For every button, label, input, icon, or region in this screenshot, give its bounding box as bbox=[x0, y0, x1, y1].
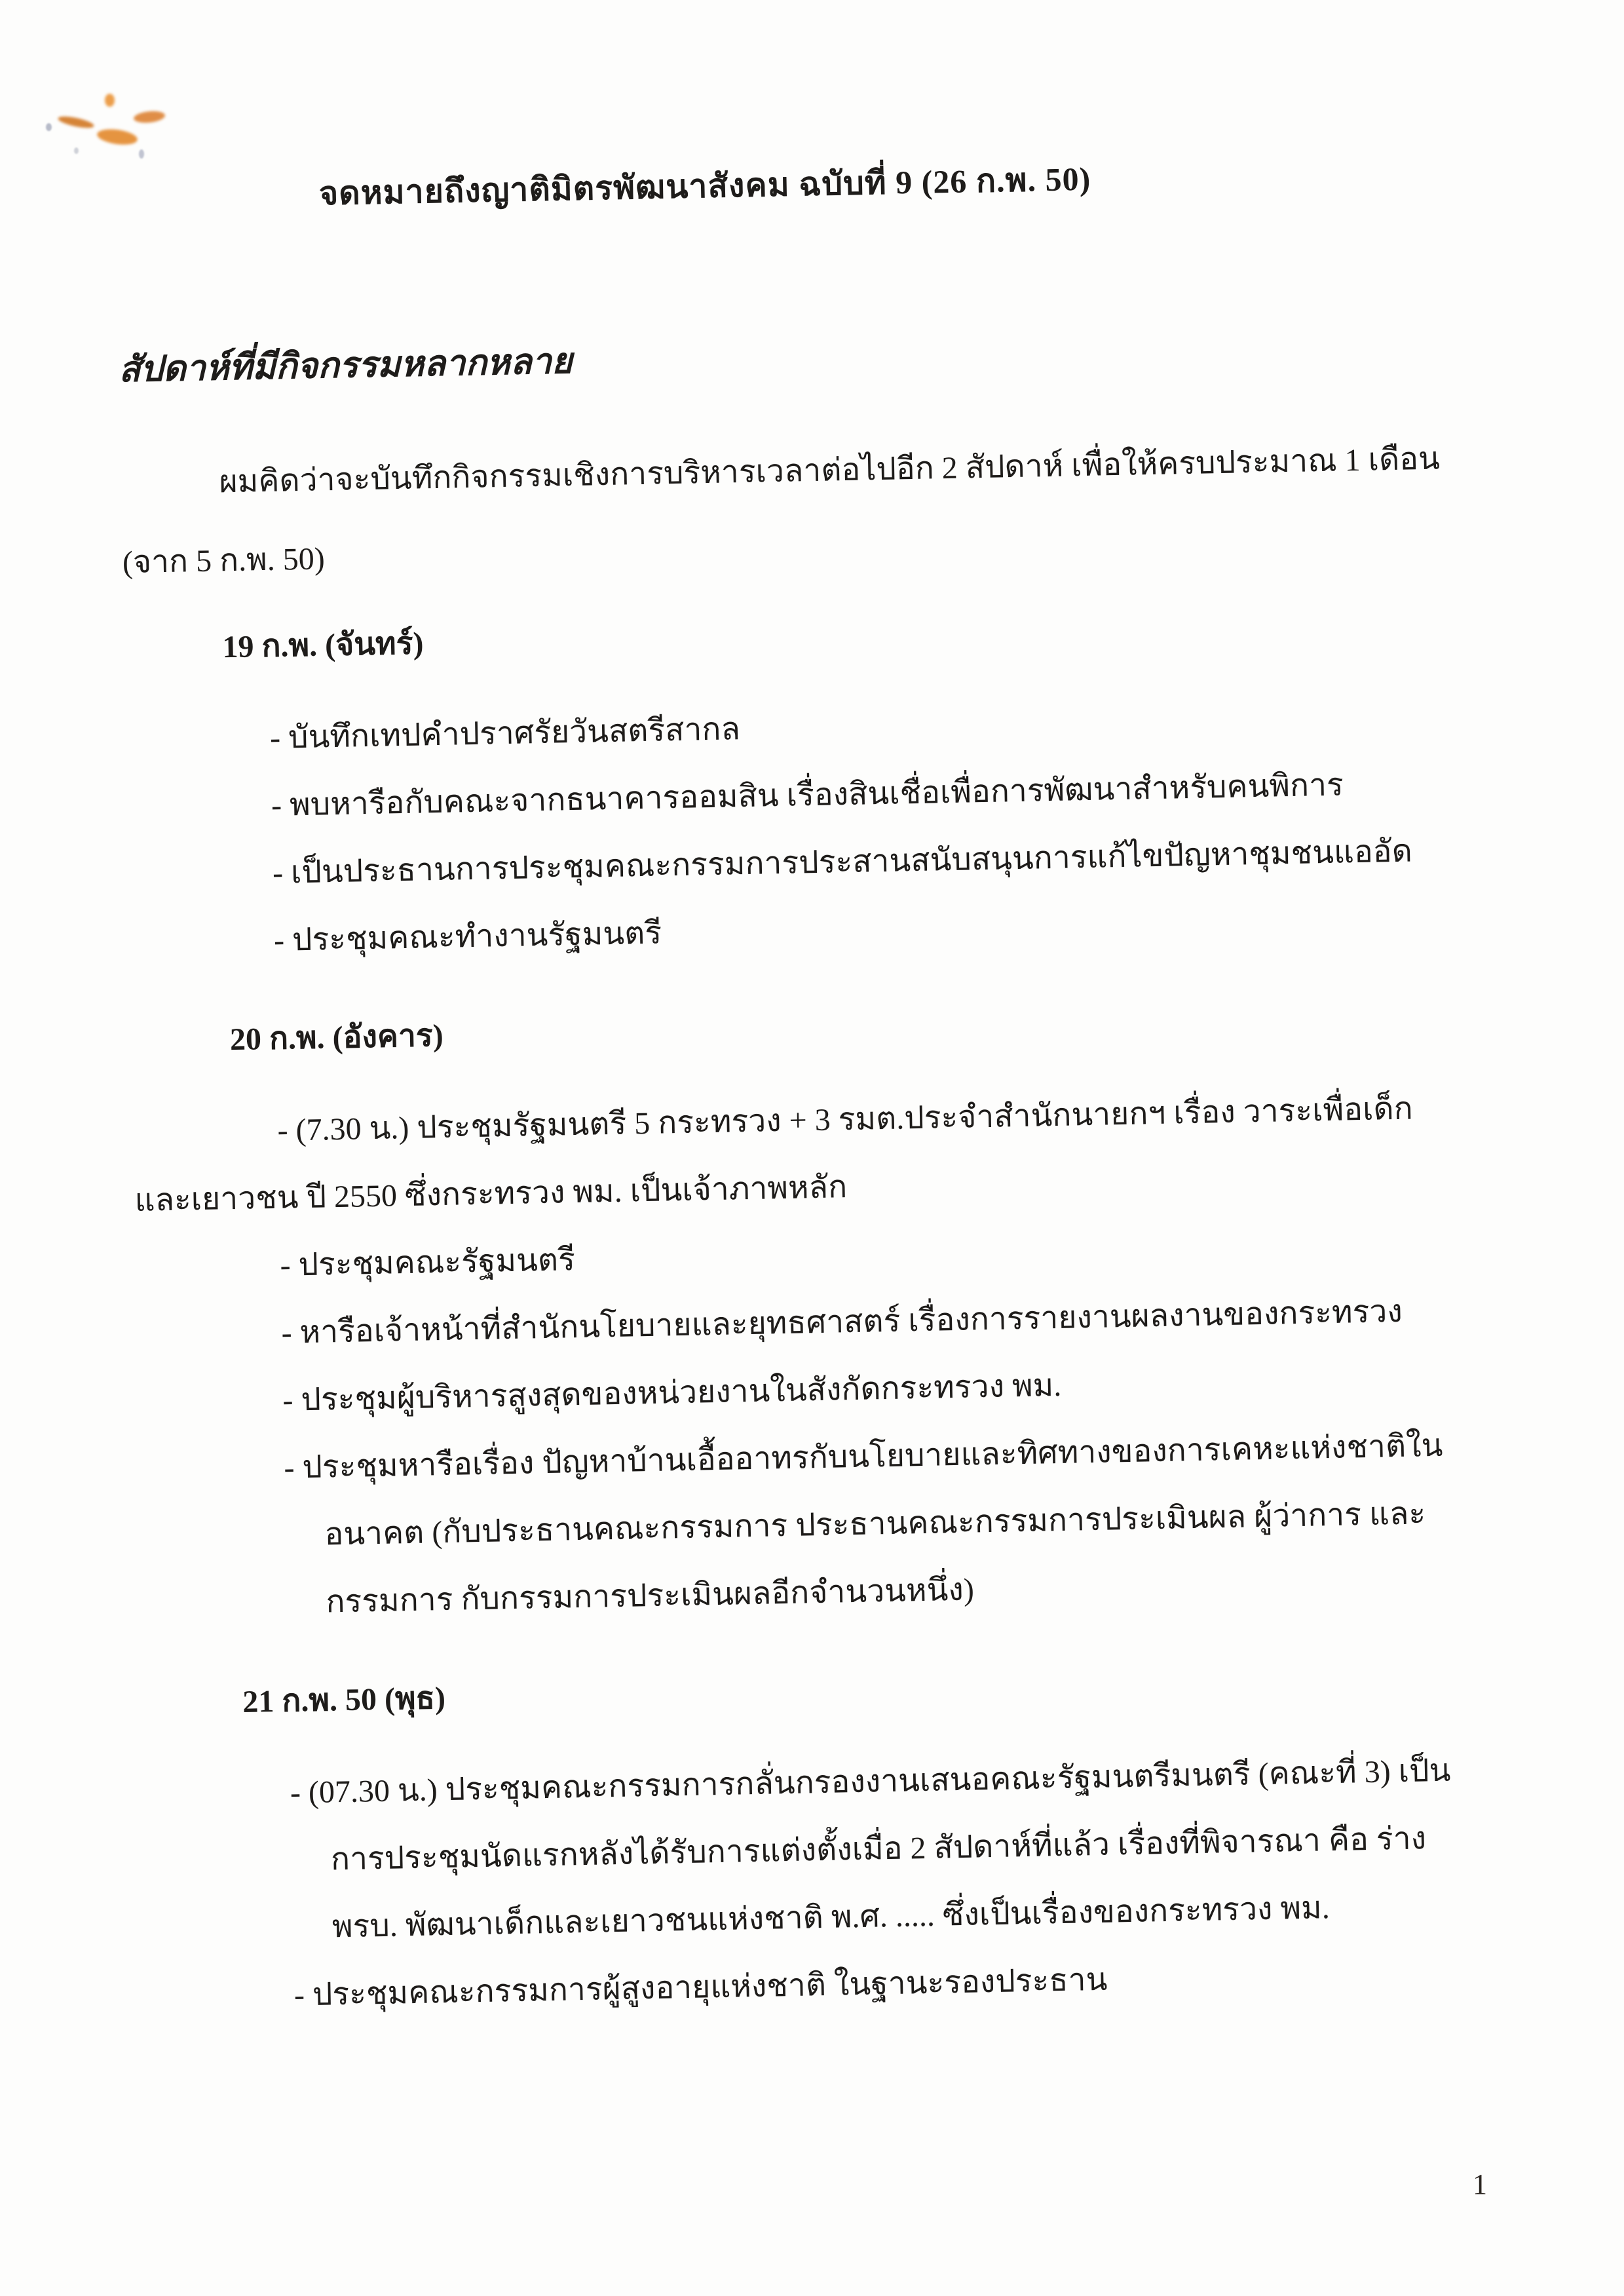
activity-line: - ประชุมหารือเรื่อง ปัญหาบ้านเอื้ออาทรกั… bbox=[284, 1425, 1509, 1488]
scan-smudge bbox=[57, 114, 94, 130]
intro-paragraph-line-1: ผมคิดว่าจะบันทึกกิจกรรมเชิงการบริหารเวลา… bbox=[121, 438, 1490, 504]
activity-line-continuation: อนาคต (กับประธานคณะกรรมการ ประธานคณะกรรม… bbox=[324, 1493, 1511, 1555]
activity-line-continuation: และเยาวชน ปี 2550 ซึ่งกระทรวง พม. เป็นเจ… bbox=[134, 1155, 1504, 1221]
activity-line-continuation: พรบ. พัฒนาเด็กและเยาวชนแห่งชาติ พ.ศ. ...… bbox=[331, 1885, 1518, 1947]
activity-line: - เป็นประธานการประชุมคณะกรรมการประสานสนั… bbox=[272, 830, 1498, 893]
scan-speck bbox=[46, 123, 52, 131]
document-title: จดหมายถึงญาติมิตรพัฒนาสังคม ฉบับที่ 9 (2… bbox=[115, 153, 1295, 220]
page-number: 1 bbox=[1473, 2170, 1487, 2199]
section-heading: สัปดาห์ที่มีกิจกรรมหลากหลาย bbox=[119, 320, 1488, 392]
activity-line: - (07.30 น.) ประชุมคณะกรรมการกลั่นกรองงา… bbox=[290, 1750, 1515, 1813]
day-heading-19-feb: 19 ก.พ. (จันทร์) bbox=[222, 603, 1494, 667]
activity-line: - หารือเจ้าหน้าที่สำนักนโยบายและยุทธศาสต… bbox=[281, 1290, 1507, 1353]
activity-line: - ประชุมคณะรัฐมนตรี bbox=[280, 1223, 1505, 1286]
scan-speck bbox=[74, 147, 79, 154]
scanned-letter-page: จดหมายถึงญาติมิตรพัฒนาสังคม ฉบับที่ 9 (2… bbox=[0, 0, 1624, 2296]
day-heading-20-feb: 20 ก.พ. (อังคาร) bbox=[229, 996, 1501, 1060]
activity-line-continuation: การประชุมนัดแรกหลังได้รับการแต่งตั้งเมื่… bbox=[330, 1818, 1517, 1880]
activity-line: - ประชุมผู้บริหารสูงสุดของหน่วยงานในสังก… bbox=[282, 1358, 1508, 1421]
activity-line: - บันทึกเทปคำปราศรัยวันสตรีสากล bbox=[270, 695, 1496, 758]
day-heading-21-feb: 21 ก.พ. 50 (พุธ) bbox=[242, 1658, 1514, 1722]
activity-line: - พบหารือกับคณะจากธนาคารออมสิน เรื่องสิน… bbox=[271, 763, 1497, 826]
intro-paragraph-line-2: (จาก 5 ก.พ. 50) bbox=[122, 517, 1492, 583]
activity-line: - ประชุมคณะทำงานรัฐมนตรี bbox=[273, 898, 1499, 961]
activity-line-continuation: กรรมการ กับกรรมการประเมินผลอีกจำนวนหนึ่ง… bbox=[326, 1560, 1512, 1622]
activity-line: - (7.30 น.) ประชุมรัฐมนตรี 5 กระทรวง + 3… bbox=[277, 1088, 1503, 1151]
letter-content: จดหมายถึงญาติมิตรพัฒนาสังคม ฉบับที่ 9 (2… bbox=[112, 0, 1519, 2018]
activity-line: - ประชุมคณะกรรมการผู้สูงอายุแห่งชาติ ในฐ… bbox=[293, 1953, 1519, 2016]
